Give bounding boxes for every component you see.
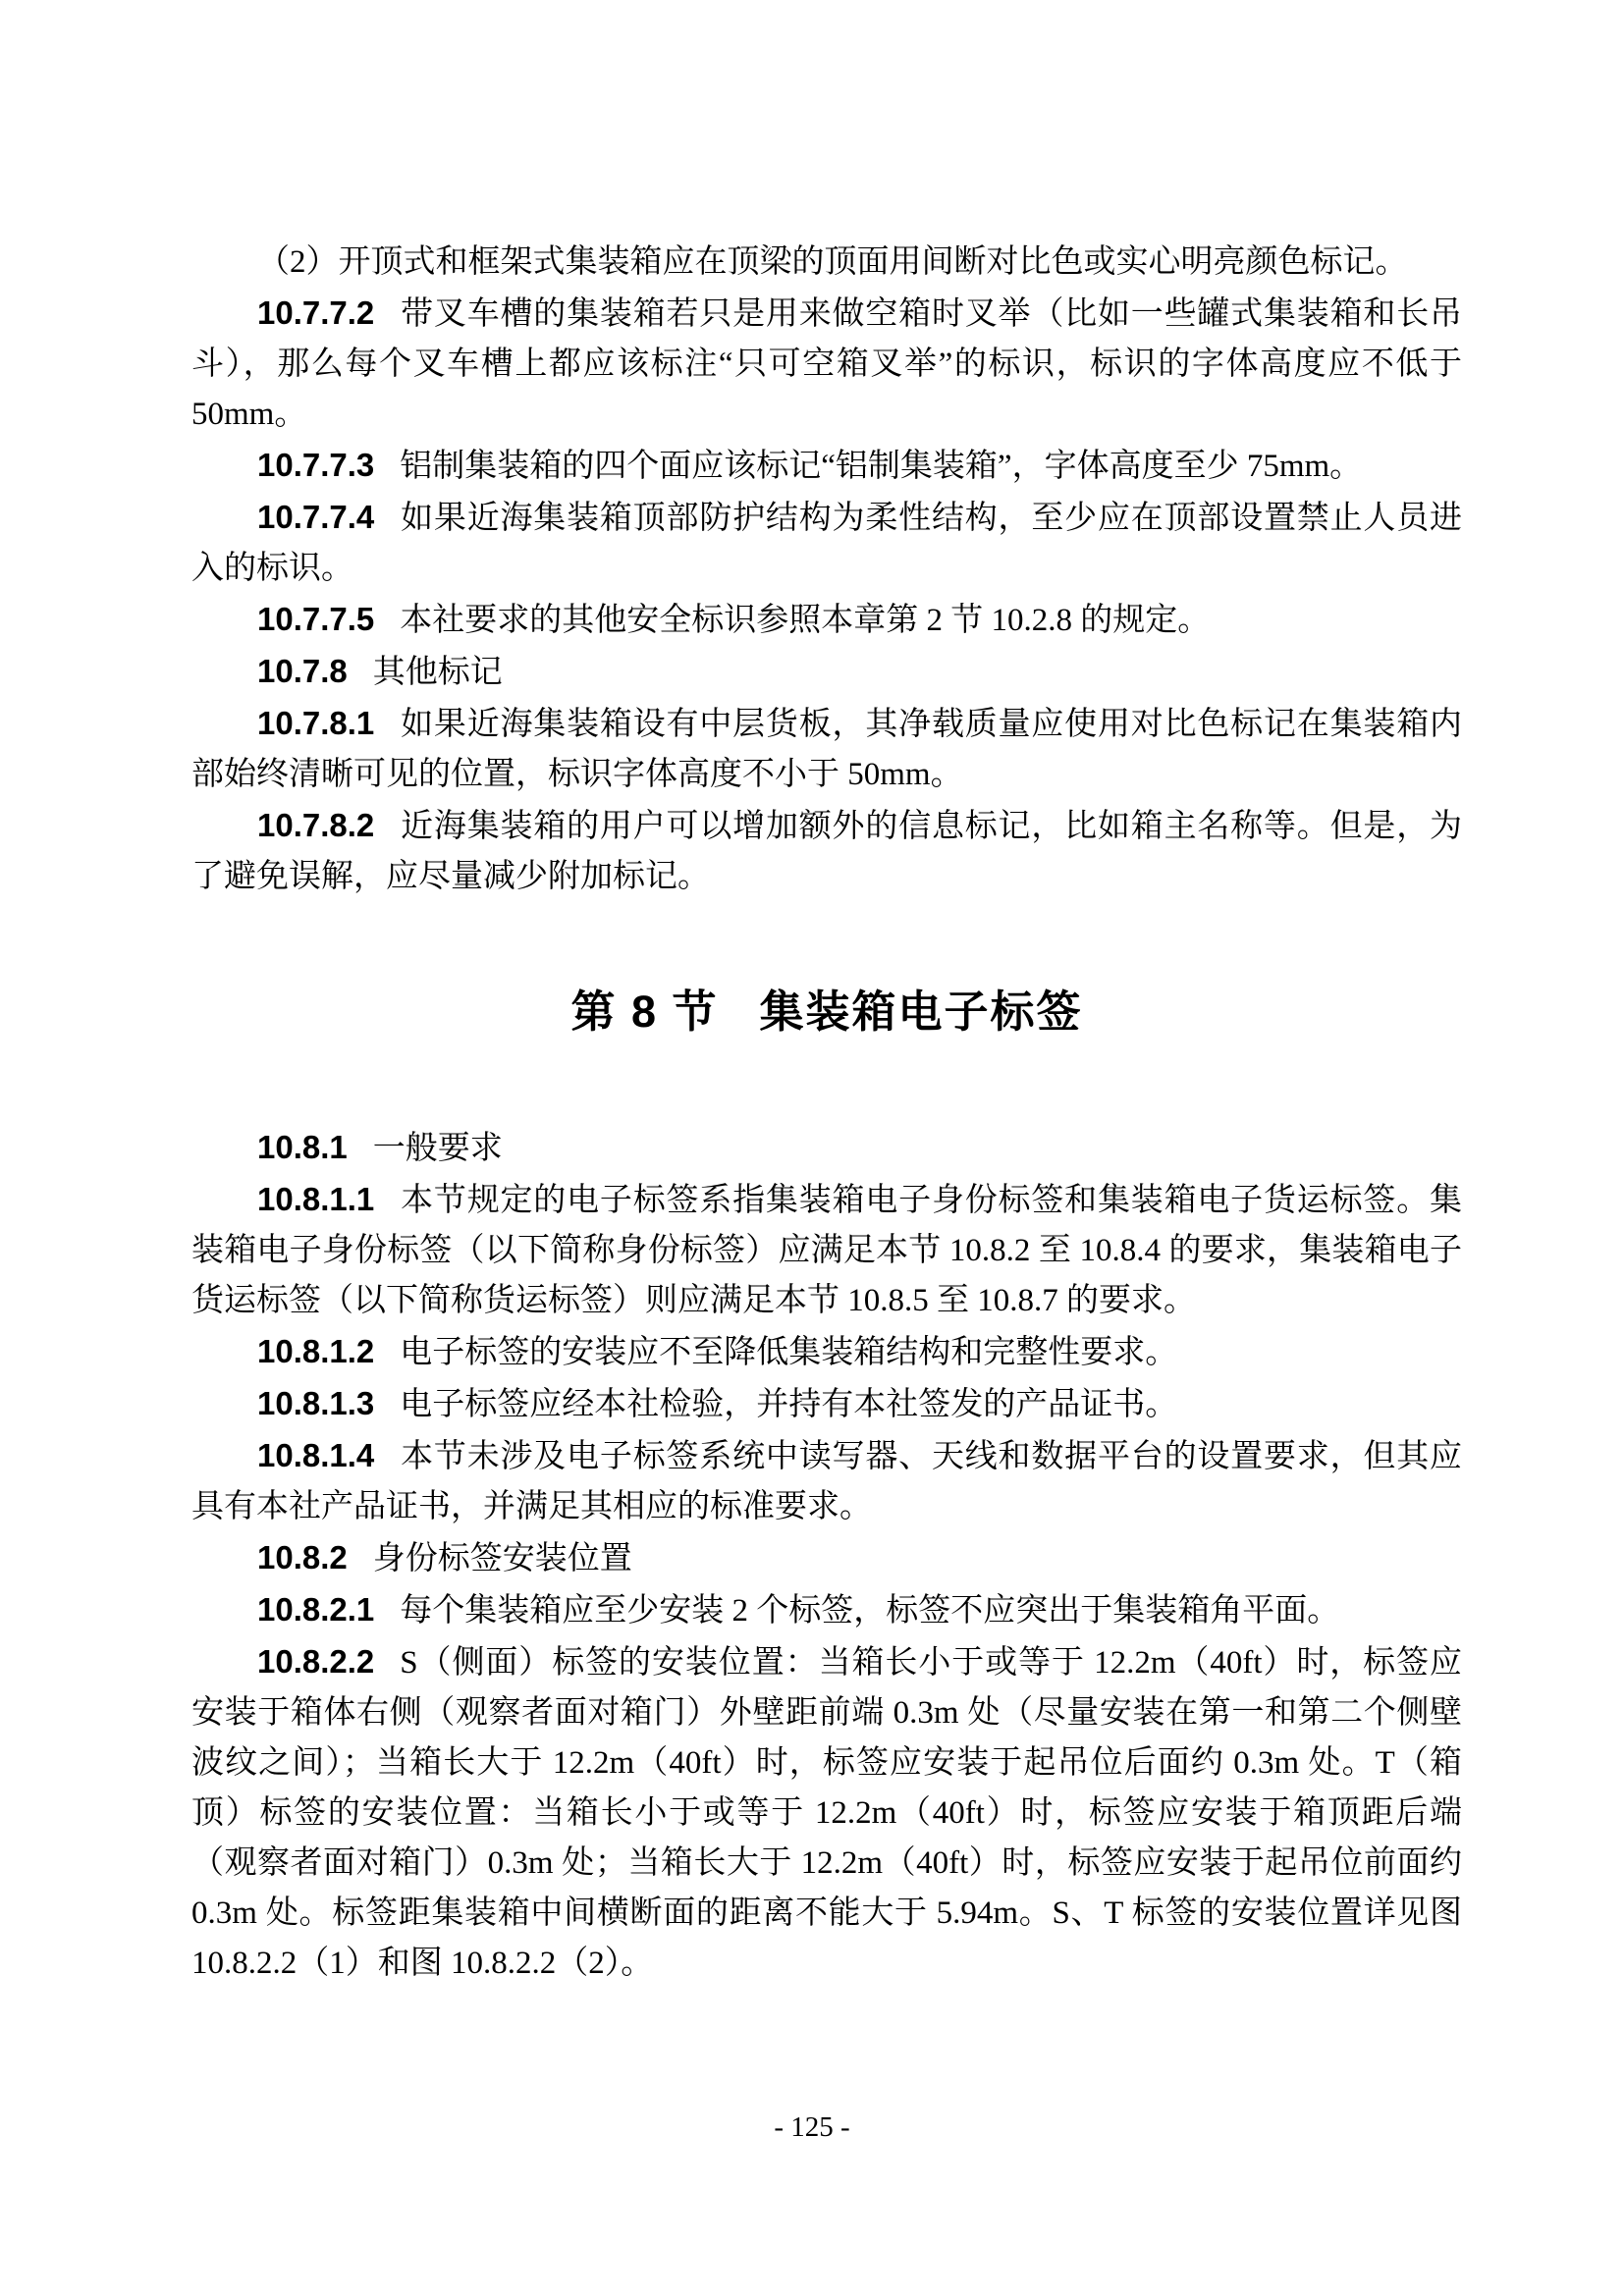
para-10-8-2-2: 10.8.2.2S（侧面）标签的安装位置：当箱长小于或等于 12.2m（40ft… bbox=[191, 1636, 1462, 1989]
clause-number: 10.8.1.3 bbox=[257, 1385, 400, 1421]
para-10-7-7-2: 10.7.7.2带叉车槽的集装箱若只是用来做空箱时叉举（比如一些罐式集装箱和长吊… bbox=[191, 288, 1462, 440]
para-10-7-7-5: 10.7.7.5本社要求的其他安全标识参照本章第 2 节 10.2.8 的规定。 bbox=[191, 594, 1462, 646]
clause-number: 10.7.7.2 bbox=[257, 294, 400, 331]
subhead-10-8-1: 10.8.1一般要求 bbox=[191, 1122, 1462, 1174]
clause-number: 10.7.8 bbox=[257, 653, 373, 689]
para-10-8-2-1: 10.8.2.1每个集装箱应至少安装 2 个标签，标签不应突出于集装箱角平面。 bbox=[191, 1584, 1462, 1636]
paragraph-text: 电子标签应经本社检验，并持有本社签发的产品证书。 bbox=[400, 1387, 1177, 1422]
clause-number: 10.7.7.4 bbox=[257, 499, 400, 535]
clause-number: 10.8.1.1 bbox=[257, 1181, 400, 1217]
paragraph-text: 铝制集装箱的四个面应该标记“铝制集装箱”，字体高度至少 75mm。 bbox=[400, 449, 1362, 484]
document-page: （2）开顶式和框架式集装箱应在顶梁的顶面用间断对比色或实心明亮颜色标记。 10.… bbox=[0, 0, 1624, 2296]
section-heading-title: 集装箱电子标签 bbox=[760, 987, 1083, 1037]
section-heading-number: 第 8 节 bbox=[570, 987, 718, 1037]
para-10-7-7-3: 10.7.7.3铝制集装箱的四个面应该标记“铝制集装箱”，字体高度至少 75mm… bbox=[191, 440, 1462, 492]
clause-number: 10.8.1.4 bbox=[257, 1437, 400, 1473]
para-2-open-top: （2）开顶式和框架式集装箱应在顶梁的顶面用间断对比色或实心明亮颜色标记。 bbox=[191, 238, 1462, 288]
clause-number: 10.7.8.1 bbox=[257, 705, 400, 741]
clause-number: 10.8.2.2 bbox=[257, 1643, 400, 1680]
clause-number: 10.8.2 bbox=[257, 1539, 373, 1575]
para-10-7-7-4: 10.7.7.4如果近海集装箱顶部防护结构为柔性结构，至少应在顶部设置禁止人员进… bbox=[191, 492, 1462, 594]
page-number: - 125 - bbox=[0, 2103, 1624, 2153]
clause-number: 10.8.2.1 bbox=[257, 1591, 400, 1628]
paragraph-text: 电子标签的安装应不至降低集装箱结构和完整性要求。 bbox=[400, 1335, 1177, 1370]
para-10-8-1-1: 10.8.1.1本节规定的电子标签系指集装箱电子身份标签和集装箱电子货运标签。集… bbox=[191, 1174, 1462, 1326]
subhead-10-8-2: 10.8.2身份标签安装位置 bbox=[191, 1532, 1462, 1584]
para-10-7-8-1: 10.7.8.1如果近海集装箱设有中层货板，其净载质量应使用对比色标记在集装箱内… bbox=[191, 698, 1462, 800]
para-10-7-8-2: 10.7.8.2近海集装箱的用户可以增加额外的信息标记，比如箱主名称等。但是，为… bbox=[191, 800, 1462, 902]
subhead-text: 身份标签安装位置 bbox=[373, 1541, 632, 1576]
paragraph-text: 每个集装箱应至少安装 2 个标签，标签不应突出于集装箱角平面。 bbox=[400, 1593, 1339, 1629]
clause-number: 10.7.8.2 bbox=[257, 807, 400, 843]
clause-number: 10.8.1.2 bbox=[257, 1333, 400, 1369]
paragraph-text: （2）开顶式和框架式集装箱应在顶梁的顶面用间断对比色或实心明亮颜色标记。 bbox=[257, 244, 1408, 280]
subhead-text: 一般要求 bbox=[373, 1131, 503, 1166]
clause-number: 10.8.1 bbox=[257, 1129, 373, 1165]
section-heading: 第 8 节集装箱电子标签 bbox=[191, 952, 1462, 1072]
para-10-8-1-4: 10.8.1.4本节未涉及电子标签系统中读写器、天线和数据平台的设置要求，但其应… bbox=[191, 1430, 1462, 1532]
para-10-8-1-3: 10.8.1.3电子标签应经本社检验，并持有本社签发的产品证书。 bbox=[191, 1378, 1462, 1430]
subhead-text: 其他标记 bbox=[373, 655, 503, 690]
paragraph-text: 本社要求的其他安全标识参照本章第 2 节 10.2.8 的规定。 bbox=[400, 603, 1210, 638]
clause-number: 10.7.7.3 bbox=[257, 447, 400, 483]
document-body: （2）开顶式和框架式集装箱应在顶梁的顶面用间断对比色或实心明亮颜色标记。 10.… bbox=[191, 238, 1462, 1989]
subhead-10-7-8: 10.7.8其他标记 bbox=[191, 646, 1462, 698]
clause-number: 10.7.7.5 bbox=[257, 601, 400, 637]
para-10-8-1-2: 10.8.1.2电子标签的安装应不至降低集装箱结构和完整性要求。 bbox=[191, 1326, 1462, 1378]
paragraph-text: S（侧面）标签的安装位置：当箱长小于或等于 12.2m（40ft）时，标签应安装… bbox=[191, 1645, 1462, 1981]
